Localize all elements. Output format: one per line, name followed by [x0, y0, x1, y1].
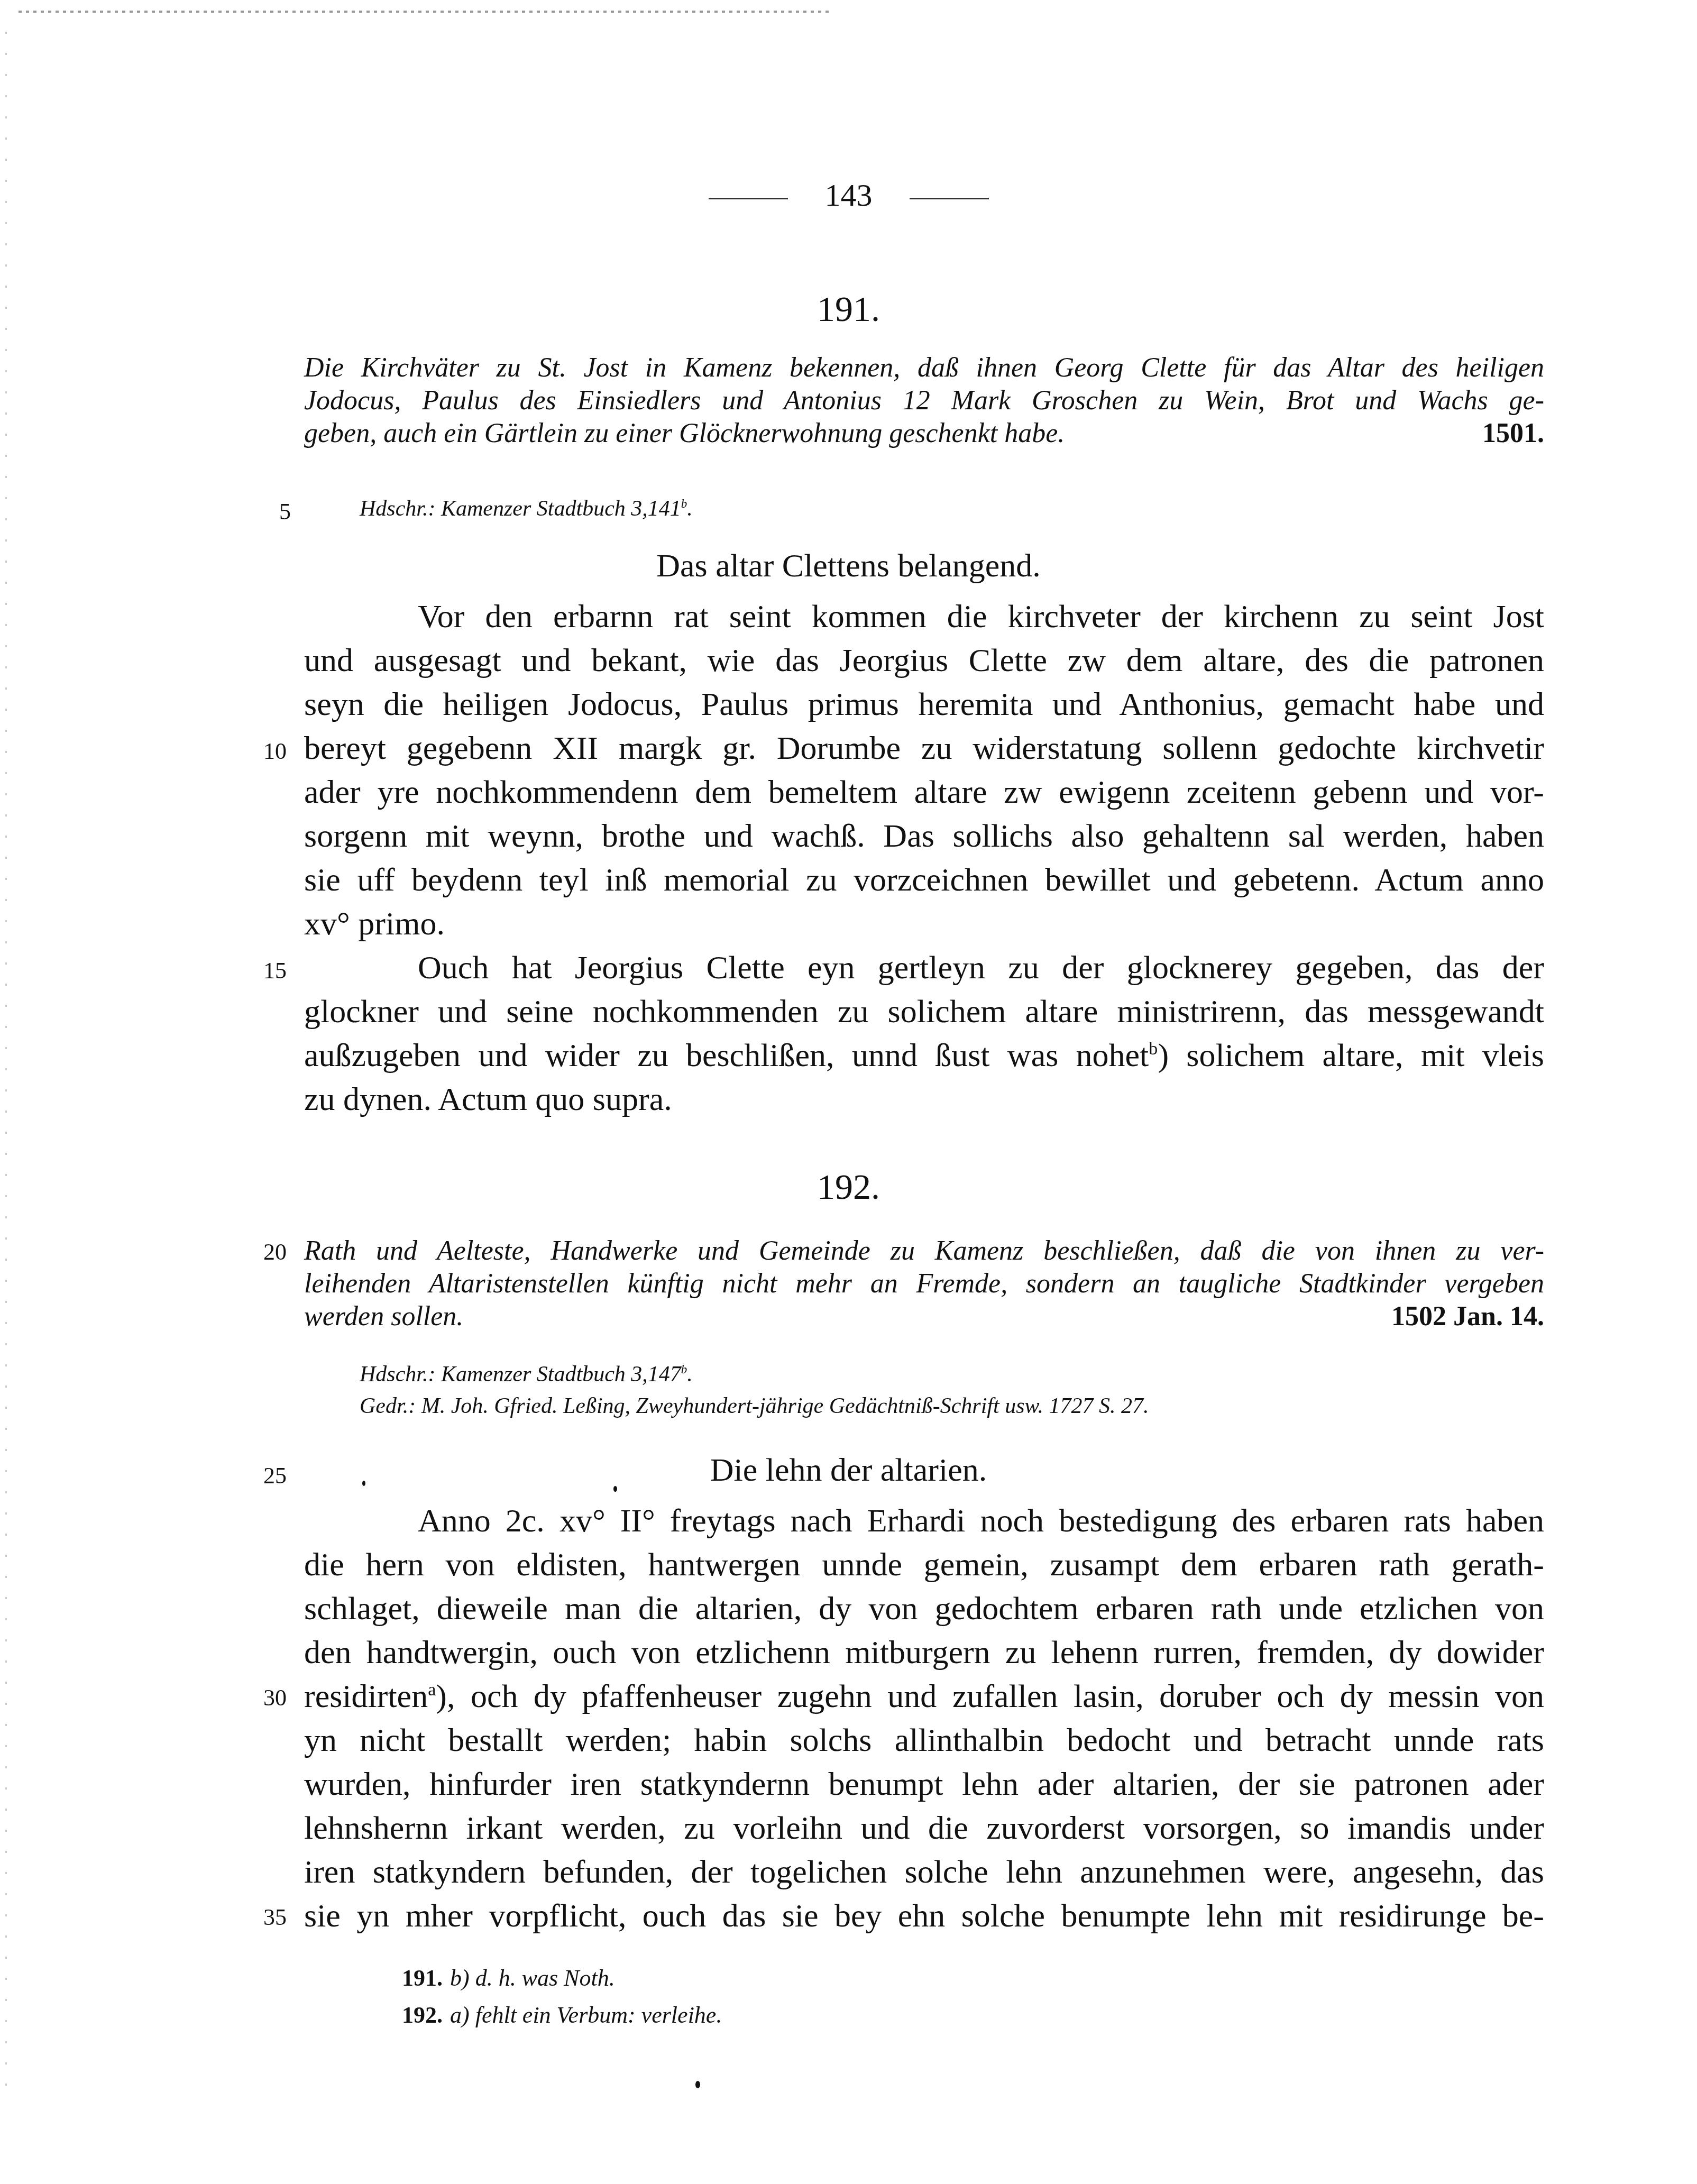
- source-text: Kamenzer Stadtbuch 3,141: [441, 497, 681, 521]
- line-number: 15: [263, 957, 287, 984]
- line-number: 35: [263, 1904, 287, 1931]
- text-line: sie yn mher vorpflicht, ouch das sie bey…: [304, 1894, 1544, 1938]
- entry-date: 1502 Jan. 14.: [1391, 1300, 1544, 1333]
- footnote-191: 191.b) d. h. was Noth.: [402, 1965, 615, 1992]
- text-line: die hern von eldisten, hantwergen unnde …: [304, 1543, 1544, 1587]
- footnote-ref: 192.: [402, 2002, 443, 2028]
- summary-line: leihenden Altaristenstellen künftig nich…: [304, 1268, 1544, 1300]
- text-line: yn nicht bestallt werden; habin solchs a…: [304, 1719, 1544, 1763]
- source-manuscript: Hdschr.: Kamenzer Stadtbuch 3,147b.: [360, 1362, 693, 1387]
- entry-number-192: 192.: [0, 1166, 1697, 1208]
- entry-192-summary: Rath und Aelteste, Handwerke und Gemeind…: [304, 1235, 1544, 1333]
- summary-line-text: werden sollen.: [304, 1301, 463, 1332]
- source-manuscript: Hdschr.: Kamenzer Stadtbuch 3,141b.: [360, 496, 693, 521]
- summary-line-last: geben, auch ein Gärtlein zu einer Glöckn…: [304, 417, 1544, 450]
- entry-number-191: 191.: [0, 288, 1697, 330]
- text-line: iren statkyndern befunden, der togeliche…: [304, 1850, 1544, 1894]
- text-line: wurden, hinfurder iren statkyndernn benu…: [304, 1763, 1544, 1806]
- text-line: bereyt gegebenn XII margk gr. Dorumbe zu…: [304, 727, 1544, 770]
- text-line: lehnshernn irkant werden, zu vorleihn un…: [304, 1806, 1544, 1850]
- source-sup: b: [681, 1362, 687, 1376]
- summary-line: Rath und Aelteste, Handwerke und Gemeind…: [304, 1235, 1544, 1268]
- text-line: zu dynen. Actum quo supra.: [304, 1078, 1544, 1122]
- scan-artifact-top: [19, 11, 833, 13]
- scan-speck: [613, 1486, 617, 1492]
- text-line: residirtena), och dy pfaffenheuser zugeh…: [304, 1675, 1544, 1719]
- source-end: .: [687, 497, 693, 521]
- entry-191-text: Vor den erbarnn rat seint kommen die kir…: [304, 595, 1544, 1122]
- document-page: 143 191. Die Kirchväter zu St. Jost in K…: [0, 0, 1697, 2184]
- entry-192-text: Anno 2c. xv° II° freytags nach Erhardi n…: [304, 1499, 1544, 1938]
- entry-191-summary: Die Kirchväter zu St. Jost in Kamenz bek…: [304, 352, 1544, 450]
- summary-line-text: geben, auch ein Gärtlein zu einer Glöckn…: [304, 418, 1065, 448]
- text-line: Vor den erbarnn rat seint kommen die kir…: [304, 595, 1544, 639]
- footnote-text: b) d. h. was Noth.: [450, 1965, 615, 1991]
- text-line: ader yre nochkommendenn dem bemeltem alt…: [304, 770, 1544, 814]
- source-sup: b: [681, 497, 687, 510]
- scan-speck: [695, 2081, 700, 2088]
- summary-line: Jodocus, Paulus des Einsiedlers und Anto…: [304, 384, 1544, 417]
- scan-artifact-left: [5, 32, 7, 2094]
- source-end: .: [687, 1362, 693, 1387]
- scan-speck: [362, 1481, 365, 1486]
- footnote-text: a) fehlt ein Verbum: verleihe.: [450, 2002, 722, 2028]
- line-number: 30: [263, 1684, 287, 1711]
- source-label: Hdschr.:: [360, 497, 436, 521]
- entry-191-heading: Das altar Clettens belangend.: [0, 547, 1697, 585]
- line-number: 5: [279, 498, 291, 525]
- text-line: sorgenn mit weynn, brothe und wachß. Das…: [304, 814, 1544, 858]
- page-number-dash-right: [910, 198, 989, 199]
- text-line: xv° primo.: [304, 902, 1544, 946]
- text-line: schlaget, dieweile man die altarien, dy …: [304, 1587, 1544, 1631]
- source-printed: Gedr.: M. Joh. Gfried. Leßing, Zweyhunde…: [360, 1393, 1149, 1419]
- page-number-dash-left: [709, 198, 788, 199]
- source-label: Gedr.:: [360, 1394, 416, 1418]
- text-line: und ausgesagt und bekant, wie das Jeorgi…: [304, 639, 1544, 683]
- page-number: 143: [0, 177, 1697, 214]
- source-text: Kamenzer Stadtbuch 3,147: [441, 1362, 681, 1387]
- page-number-text: 143: [825, 178, 873, 213]
- summary-line-last: werden sollen. 1502 Jan. 14.: [304, 1300, 1544, 1333]
- text-line: glockner und seine nochkommenden zu soli…: [304, 990, 1544, 1034]
- text-line: sie uff beydenn teyl inß memorial zu vor…: [304, 858, 1544, 902]
- summary-line: Die Kirchväter zu St. Jost in Kamenz bek…: [304, 352, 1544, 384]
- text-line: den handtwergin, ouch von etzlichenn mit…: [304, 1631, 1544, 1675]
- text-line: Anno 2c. xv° II° freytags nach Erhardi n…: [304, 1499, 1544, 1543]
- text-line: seyn die heiligen Jodocus, Paulus primus…: [304, 683, 1544, 727]
- line-number: 20: [263, 1238, 287, 1265]
- source-text: M. Joh. Gfried. Leßing, Zweyhundert-jähr…: [421, 1394, 1149, 1418]
- footnote-ref: 191.: [402, 1965, 443, 1991]
- text-line: außzugeben und wider zu beschlißen, unnd…: [304, 1034, 1544, 1078]
- source-label: Hdschr.:: [360, 1362, 436, 1387]
- entry-date: 1501.: [1482, 417, 1544, 450]
- line-number: 10: [263, 738, 287, 765]
- text-line: Ouch hat Jeorgius Clette eyn gertleyn zu…: [304, 946, 1544, 990]
- entry-192-heading: Die lehn der altarien.: [0, 1452, 1697, 1489]
- footnote-192: 192.a) fehlt ein Verbum: verleihe.: [402, 2002, 722, 2029]
